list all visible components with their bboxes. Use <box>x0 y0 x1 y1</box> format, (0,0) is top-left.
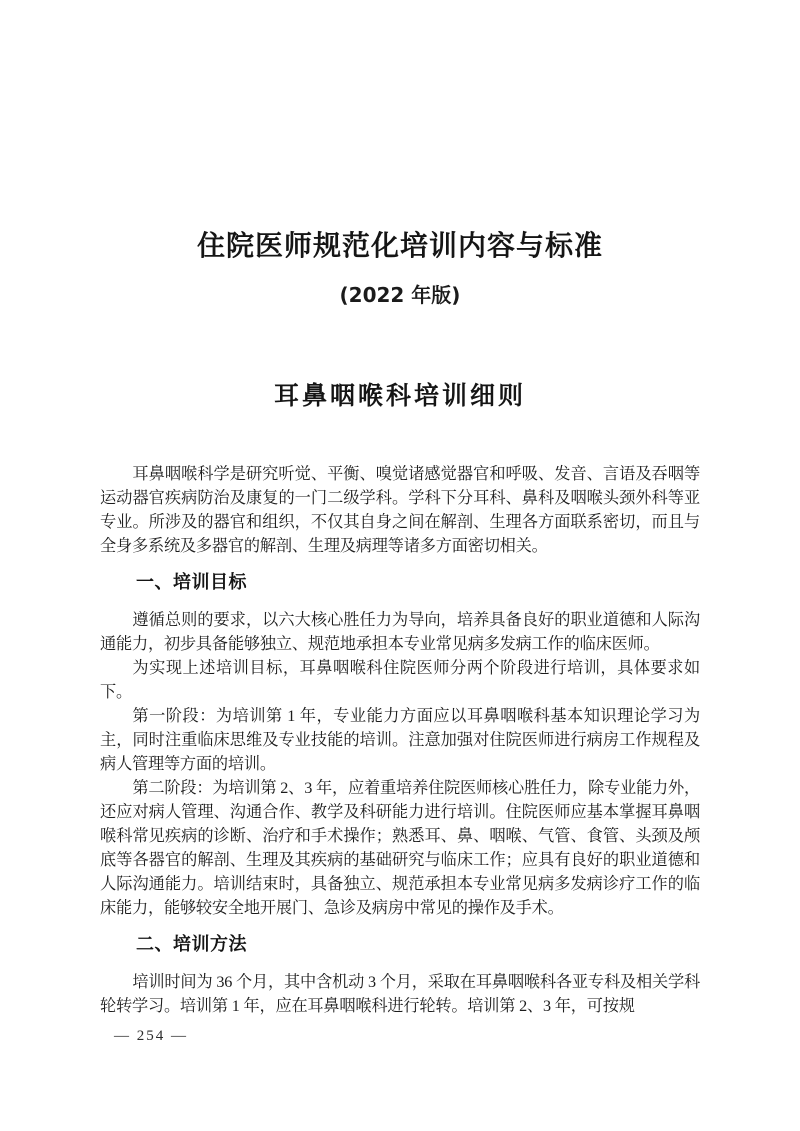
edition-subtitle: (2022 年版) <box>0 279 800 308</box>
body-paragraph: 第二阶段：为培训第 2、3 年，应着重培养住院医师核心胜任力，除专业能力外，还应… <box>100 776 700 920</box>
body-paragraph: 为实现上述培训目标，耳鼻咽喉科住院医师分两个阶段进行培训，具体要求如下。 <box>100 656 700 704</box>
section-heading-training-methods: 二、培训方法 <box>100 933 700 957</box>
intro-paragraph: 耳鼻咽喉科学是研究听觉、平衡、嗅觉诸感觉器官和呼吸、发音、言语及吞咽等运动器官疾… <box>100 462 700 558</box>
body-paragraph: 第一阶段：为培训第 1 年，专业能力方面应以耳鼻咽喉科基本知识理论学习为主，同时… <box>100 704 700 776</box>
document-body: 耳鼻咽喉科学是研究听觉、平衡、嗅觉诸感觉器官和呼吸、发音、言语及吞咽等运动器官疾… <box>100 462 700 1048</box>
document-page: 住院医师规范化培训内容与标准 (2022 年版) 耳鼻咽喉科培训细则 耳鼻咽喉科… <box>0 0 800 1131</box>
body-paragraph: 遵循总则的要求，以六大核心胜任力为导向，培养具备良好的职业道德和人际沟通能力，初… <box>100 608 700 656</box>
page-number: — 254 — <box>100 1024 700 1048</box>
body-paragraph: 培训时间为 36 个月，其中含机动 3 个月，采取在耳鼻咽喉科各亚专科及相关学科… <box>100 970 700 1018</box>
chapter-title: 耳鼻咽喉科培训细则 <box>0 376 800 412</box>
section-heading-training-goals: 一、培训目标 <box>100 571 700 595</box>
main-title: 住院医师规范化培训内容与标准 <box>0 224 800 264</box>
